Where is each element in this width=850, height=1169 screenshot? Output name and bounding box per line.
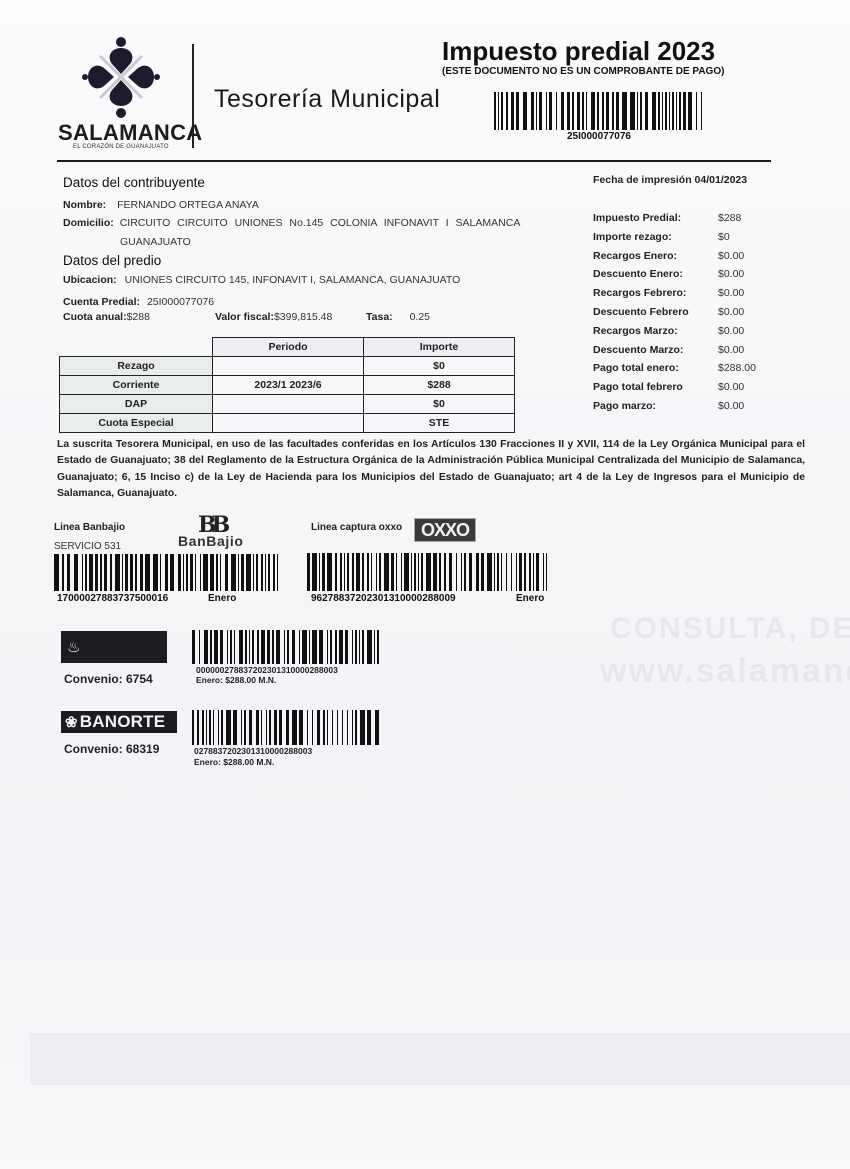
tax-statement-page: CONSULTA, DESCARGA Y PAGA www.salamanca.… (0, 0, 850, 1169)
summary-value: $0.00 (718, 250, 744, 262)
amount-cell: $0 (364, 357, 515, 376)
property-location-row: Ubicacion: UNIONES CIRCUITO 145, INFONAV… (63, 274, 460, 286)
footer-band (30, 1033, 850, 1085)
annual-fee-value: $288 (127, 311, 150, 323)
banbajio-label: Linea Banbajio (54, 522, 125, 533)
period-cell (213, 414, 364, 433)
table-row: Corriente2023/1 2023/6$288 (60, 376, 515, 395)
banorte-amount: Enero: $288.00 M.N. (194, 757, 274, 767)
taxpayer-address-row: Domicilio: CIRCUITO CIRCUITO UNIONES No.… (63, 217, 520, 229)
taxpayer-name-row: Nombre: FERNANDO ORTEGA ANAYA (63, 199, 259, 211)
summary-label: Recargos Febrero: (593, 287, 686, 299)
table-row: Cuota EspecialSTE (60, 414, 515, 433)
property-section-title: Datos del predio (63, 253, 161, 268)
amount-cell: $0 (364, 395, 515, 414)
banbajio-month: Enero (208, 593, 236, 604)
summary-value: $0.00 (718, 381, 744, 393)
summary-value: $288.00 (718, 362, 756, 374)
santander-barcode (192, 630, 380, 664)
address-line2: GUANAJUATO (120, 236, 191, 248)
document-subtitle: (ESTE DOCUMENTO NO ES UN COMPROBANTE DE … (442, 66, 724, 77)
barcode-bar (277, 554, 279, 591)
table-row: Rezago$0 (60, 357, 515, 376)
summary-label: Descuento Enero: (593, 268, 683, 280)
legal-notice: La suscrita Tesorera Municipal, en uso d… (57, 437, 805, 502)
print-date-value: 04/01/2023 (695, 174, 748, 186)
summary-label: Descuento Febrero (593, 306, 689, 318)
address-label: Domicilio: (63, 217, 114, 229)
summary-value: $0.00 (718, 325, 744, 337)
barcode-bar (379, 630, 381, 664)
fiscal-value-row: Valor fiscal:$399,815.48 (215, 311, 332, 323)
fiscal-value-label: Valor fiscal: (215, 311, 274, 323)
table-row: DAP$0 (60, 395, 515, 414)
account-barcode (494, 92, 704, 130)
santander-logo: ♨Santander (61, 631, 167, 663)
account-label: Cuenta Predial: (63, 296, 140, 308)
period-cell (213, 395, 364, 414)
periods-table: Periodo Importe Rezago$0Corriente2023/1 … (59, 337, 515, 433)
fiscal-value-value: $399,815.48 (274, 311, 332, 323)
concept-cell: Cuota Especial (60, 414, 213, 433)
santander-amount: Enero: $288.00 M.N. (196, 675, 276, 685)
header-divider (192, 44, 194, 148)
summary-value: $0 (718, 231, 730, 243)
rate-row: Tasa: 0.25 (366, 311, 430, 323)
banbajio-service: SERVICIO 531 (54, 541, 121, 552)
summary-label: Impuesto Predial: (593, 212, 681, 224)
barcode-bar (702, 92, 704, 130)
summary-label: Recargos Marzo: (593, 325, 678, 337)
logo-wordmark: SALAMANCA (58, 120, 202, 146)
summary-label: Recargos Enero: (593, 250, 677, 262)
banbajio-barcode (54, 554, 278, 591)
summary-label: Descuento Marzo: (593, 344, 683, 356)
summary-value: $0.00 (718, 306, 744, 318)
summary-value: $0.00 (718, 287, 744, 299)
oxxo-label: Linea captura oxxo (311, 522, 402, 533)
rate-value: 0.25 (410, 311, 430, 323)
annual-fee-row: Cuota anual:$288 (63, 311, 150, 323)
concept-cell: Corriente (60, 376, 213, 395)
banorte-barcode (192, 710, 380, 745)
table-header-row: Periodo Importe (60, 338, 515, 357)
summary-label: Importe rezago: (593, 231, 672, 243)
watermark-line2: www.salamanca.gob.mx (600, 652, 850, 691)
header-rule (57, 160, 771, 162)
print-date-label: Fecha de impresión (593, 174, 692, 186)
summary-label: Pago total enero: (593, 362, 679, 374)
print-date: Fecha de impresión 04/01/2023 (593, 174, 747, 186)
santander-convenio: Convenio: 6754 (64, 672, 153, 686)
account-barcode-text: 25I000077076 (567, 131, 631, 142)
name-label: Nombre: (63, 199, 106, 211)
summary-value: $0.00 (718, 344, 744, 356)
santander-flame-icon: ♨ (67, 631, 80, 663)
oxxo-barcode (307, 553, 547, 591)
banorte-convenio: Convenio: 68319 (64, 742, 159, 756)
address-line1: CIRCUITO CIRCUITO UNIONES No.145 COLONIA… (120, 217, 521, 229)
summary-label: Pago total febrero (593, 381, 683, 393)
taxpayer-section-title: Datos del contribuyente (63, 175, 205, 190)
concept-cell: DAP (60, 395, 213, 414)
location-label: Ubicacion: (63, 274, 117, 286)
santander-code: 000000278837202301310000288003 (196, 665, 338, 675)
period-cell (213, 357, 364, 376)
banorte-code: 0278837202301310000288003 (194, 746, 312, 756)
rate-label: Tasa: (366, 311, 393, 323)
barcode-bar (379, 710, 380, 745)
barcode-bar (546, 553, 547, 591)
department-name: Tesorería Municipal (214, 85, 440, 114)
amount-cell: STE (364, 414, 515, 433)
watermark-line1: CONSULTA, DESCARGA Y PAGA (610, 612, 850, 646)
logo-tagline: EL CORAZÓN DE GUANAJUATO (73, 144, 169, 150)
period-cell: 2023/1 2023/6 (213, 376, 364, 395)
summary-value: $0.00 (718, 400, 744, 412)
salamanca-logo-icon (82, 34, 160, 120)
table-header-blank (60, 338, 213, 357)
banorte-mark-icon: ❀ (65, 712, 78, 734)
summary-label: Pago marzo: (593, 400, 656, 412)
banbajio-code: 17000027883737500016 (57, 593, 168, 604)
location-value: UNIONES CIRCUITO 145, INFONAVIT I, SALAM… (125, 274, 461, 286)
table-header-importe: Importe (364, 338, 515, 357)
banbajio-logo-word: BanBajio (178, 533, 243, 549)
oxxo-code: 96278837202301310000288009 (311, 593, 456, 604)
oxxo-month: Enero (516, 593, 544, 604)
property-account-row: Cuenta Predial: 25I000077076 (63, 296, 214, 308)
oxxo-logo: OXXO (414, 518, 476, 542)
summary-value: $288 (718, 212, 741, 224)
account-value: 25I000077076 (147, 296, 214, 308)
concept-cell: Rezago (60, 357, 213, 376)
document-title: Impuesto predial 2023 (442, 36, 715, 67)
name-value: FERNANDO ORTEGA ANAYA (117, 199, 259, 211)
summary-value: $0.00 (718, 268, 744, 280)
annual-fee-label: Cuota anual: (63, 311, 127, 323)
table-header-periodo: Periodo (213, 338, 364, 357)
banorte-logo: ❀BANORTE (61, 711, 177, 733)
amount-cell: $288 (364, 376, 515, 395)
